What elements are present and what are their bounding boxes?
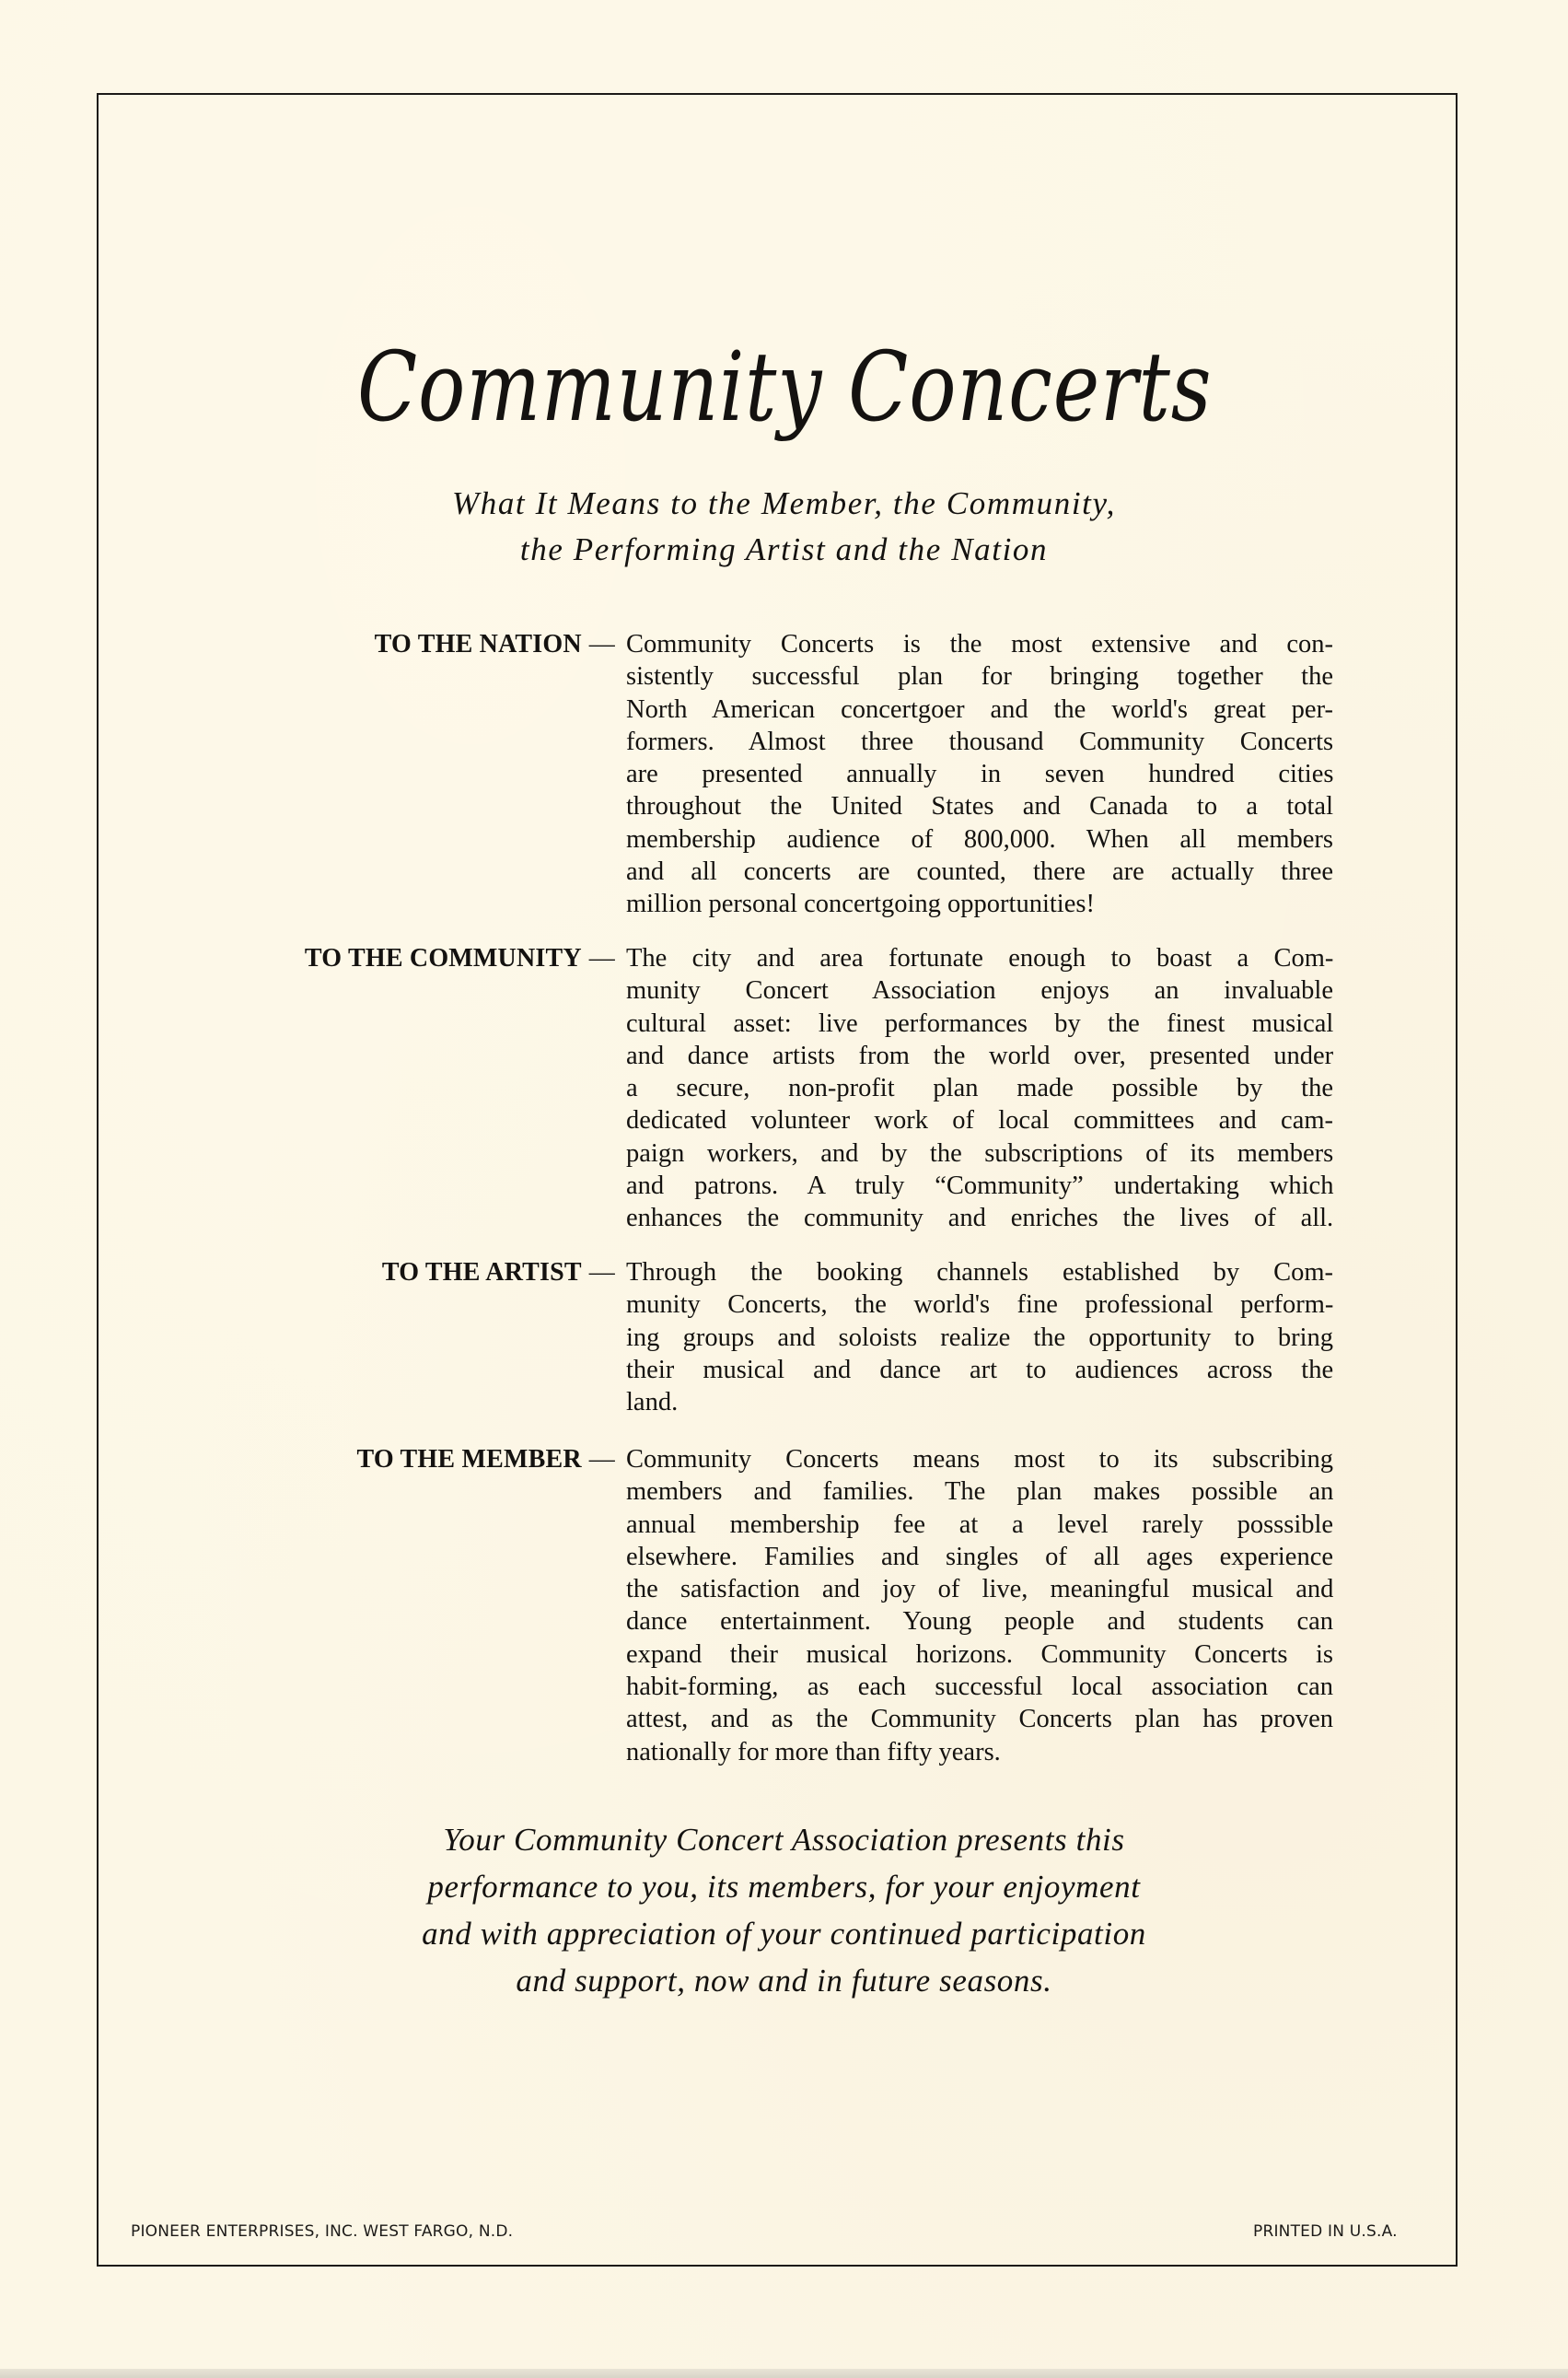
body-line: expand their musical horizons. Community… <box>626 1638 1333 1671</box>
body-line: and dance artists from the world over, p… <box>626 1040 1333 1072</box>
body-line: Community Concerts is the most extensive… <box>626 628 1333 660</box>
em-dash: — <box>589 1258 615 1287</box>
body-line: a secure, non-profit plan made possible … <box>626 1072 1333 1104</box>
body-line: cultural asset: live performances by the… <box>626 1008 1333 1040</box>
body-line: paign workers, and by the subscriptions … <box>626 1137 1333 1170</box>
body-line: nationally for more than fifty years. <box>626 1736 1333 1768</box>
body-line: the satisfaction and joy of live, meanin… <box>626 1573 1333 1605</box>
section-label-text: TO THE COMMUNITY <box>305 944 582 973</box>
em-dash: — <box>589 944 615 973</box>
section-body: Community Concerts is the most extensive… <box>626 628 1333 921</box>
subtitle-line-1: What It Means to the Member, the Communi… <box>0 481 1568 527</box>
section-label-text: TO THE MEMBER <box>357 1445 582 1474</box>
body-line: attest, and as the Community Concerts pl… <box>626 1703 1333 1735</box>
closing-line: Your Community Concert Association prese… <box>0 1816 1568 1863</box>
printer-credit: PIONEER ENTERPRISES, INC. WEST FARGO, N.… <box>131 2221 513 2242</box>
body-line: Through the booking channels established… <box>626 1256 1333 1288</box>
closing-line: and with appreciation of your continued … <box>0 1910 1568 1957</box>
body-line: enhances the community and enriches the … <box>626 1202 1333 1234</box>
body-line: throughout the United States and Canada … <box>626 790 1333 822</box>
body-line: Community Concerts means most to its sub… <box>626 1443 1333 1475</box>
body-line: annual membership fee at a level rarely … <box>626 1509 1333 1541</box>
section-label: TO THE ARTIST— <box>382 1256 615 1288</box>
body-line: and all concerts are counted, there are … <box>626 856 1333 888</box>
body-line: their musical and dance art to audiences… <box>626 1354 1333 1386</box>
body-line: munity Concert Association enjoys an inv… <box>626 974 1333 1007</box>
section-body: Community Concerts means most to its sub… <box>626 1443 1333 1768</box>
body-line: North American concertgoer and the world… <box>626 694 1333 726</box>
body-line: ing groups and soloists realize the oppo… <box>626 1322 1333 1354</box>
body-line: munity Concerts, the world's fine profes… <box>626 1288 1333 1321</box>
body-line: habit-forming, as each successful local … <box>626 1671 1333 1703</box>
body-line: sistently successful plan for bringing t… <box>626 660 1333 693</box>
body-line: formers. Almost three thousand Community… <box>626 726 1333 758</box>
closing-statement: Your Community Concert Association prese… <box>0 1816 1568 2004</box>
section-label-text: TO THE NATION <box>375 630 582 659</box>
body-line: members and families. The plan makes pos… <box>626 1475 1333 1508</box>
em-dash: — <box>589 630 615 659</box>
body-line: The city and area fortunate enough to bo… <box>626 942 1333 974</box>
em-dash: — <box>589 1445 615 1474</box>
printed-in-usa: PRINTED IN U.S.A. <box>1253 2221 1398 2242</box>
scan-bottom-edge <box>0 2369 1568 2378</box>
subtitle-line-2: the Performing Artist and the Nation <box>0 527 1568 573</box>
body-line: million personal concertgoing opportunit… <box>626 888 1333 920</box>
section-label-text: TO THE ARTIST <box>382 1258 582 1287</box>
section-label: TO THE COMMUNITY— <box>305 942 615 974</box>
closing-line: and support, now and in future seasons. <box>0 1957 1568 2004</box>
section-label: TO THE MEMBER— <box>357 1443 615 1475</box>
closing-line: performance to you, its members, for you… <box>0 1863 1568 1910</box>
section-body: Through the booking channels established… <box>626 1256 1333 1418</box>
body-line: membership audience of 800,000. When all… <box>626 823 1333 856</box>
document-title: Community Concerts <box>142 332 1427 442</box>
body-line: and patrons. A truly “Community” underta… <box>626 1170 1333 1202</box>
section-body: The city and area fortunate enough to bo… <box>626 942 1333 1235</box>
section-label: TO THE NATION— <box>375 628 615 660</box>
body-line: dance entertainment. Young people and st… <box>626 1605 1333 1638</box>
body-line: elsewhere. Families and singles of all a… <box>626 1541 1333 1573</box>
body-line: land. <box>626 1386 1333 1418</box>
body-line: dedicated volunteer work of local commit… <box>626 1104 1333 1137</box>
body-line: are presented annually in seven hundred … <box>626 758 1333 790</box>
